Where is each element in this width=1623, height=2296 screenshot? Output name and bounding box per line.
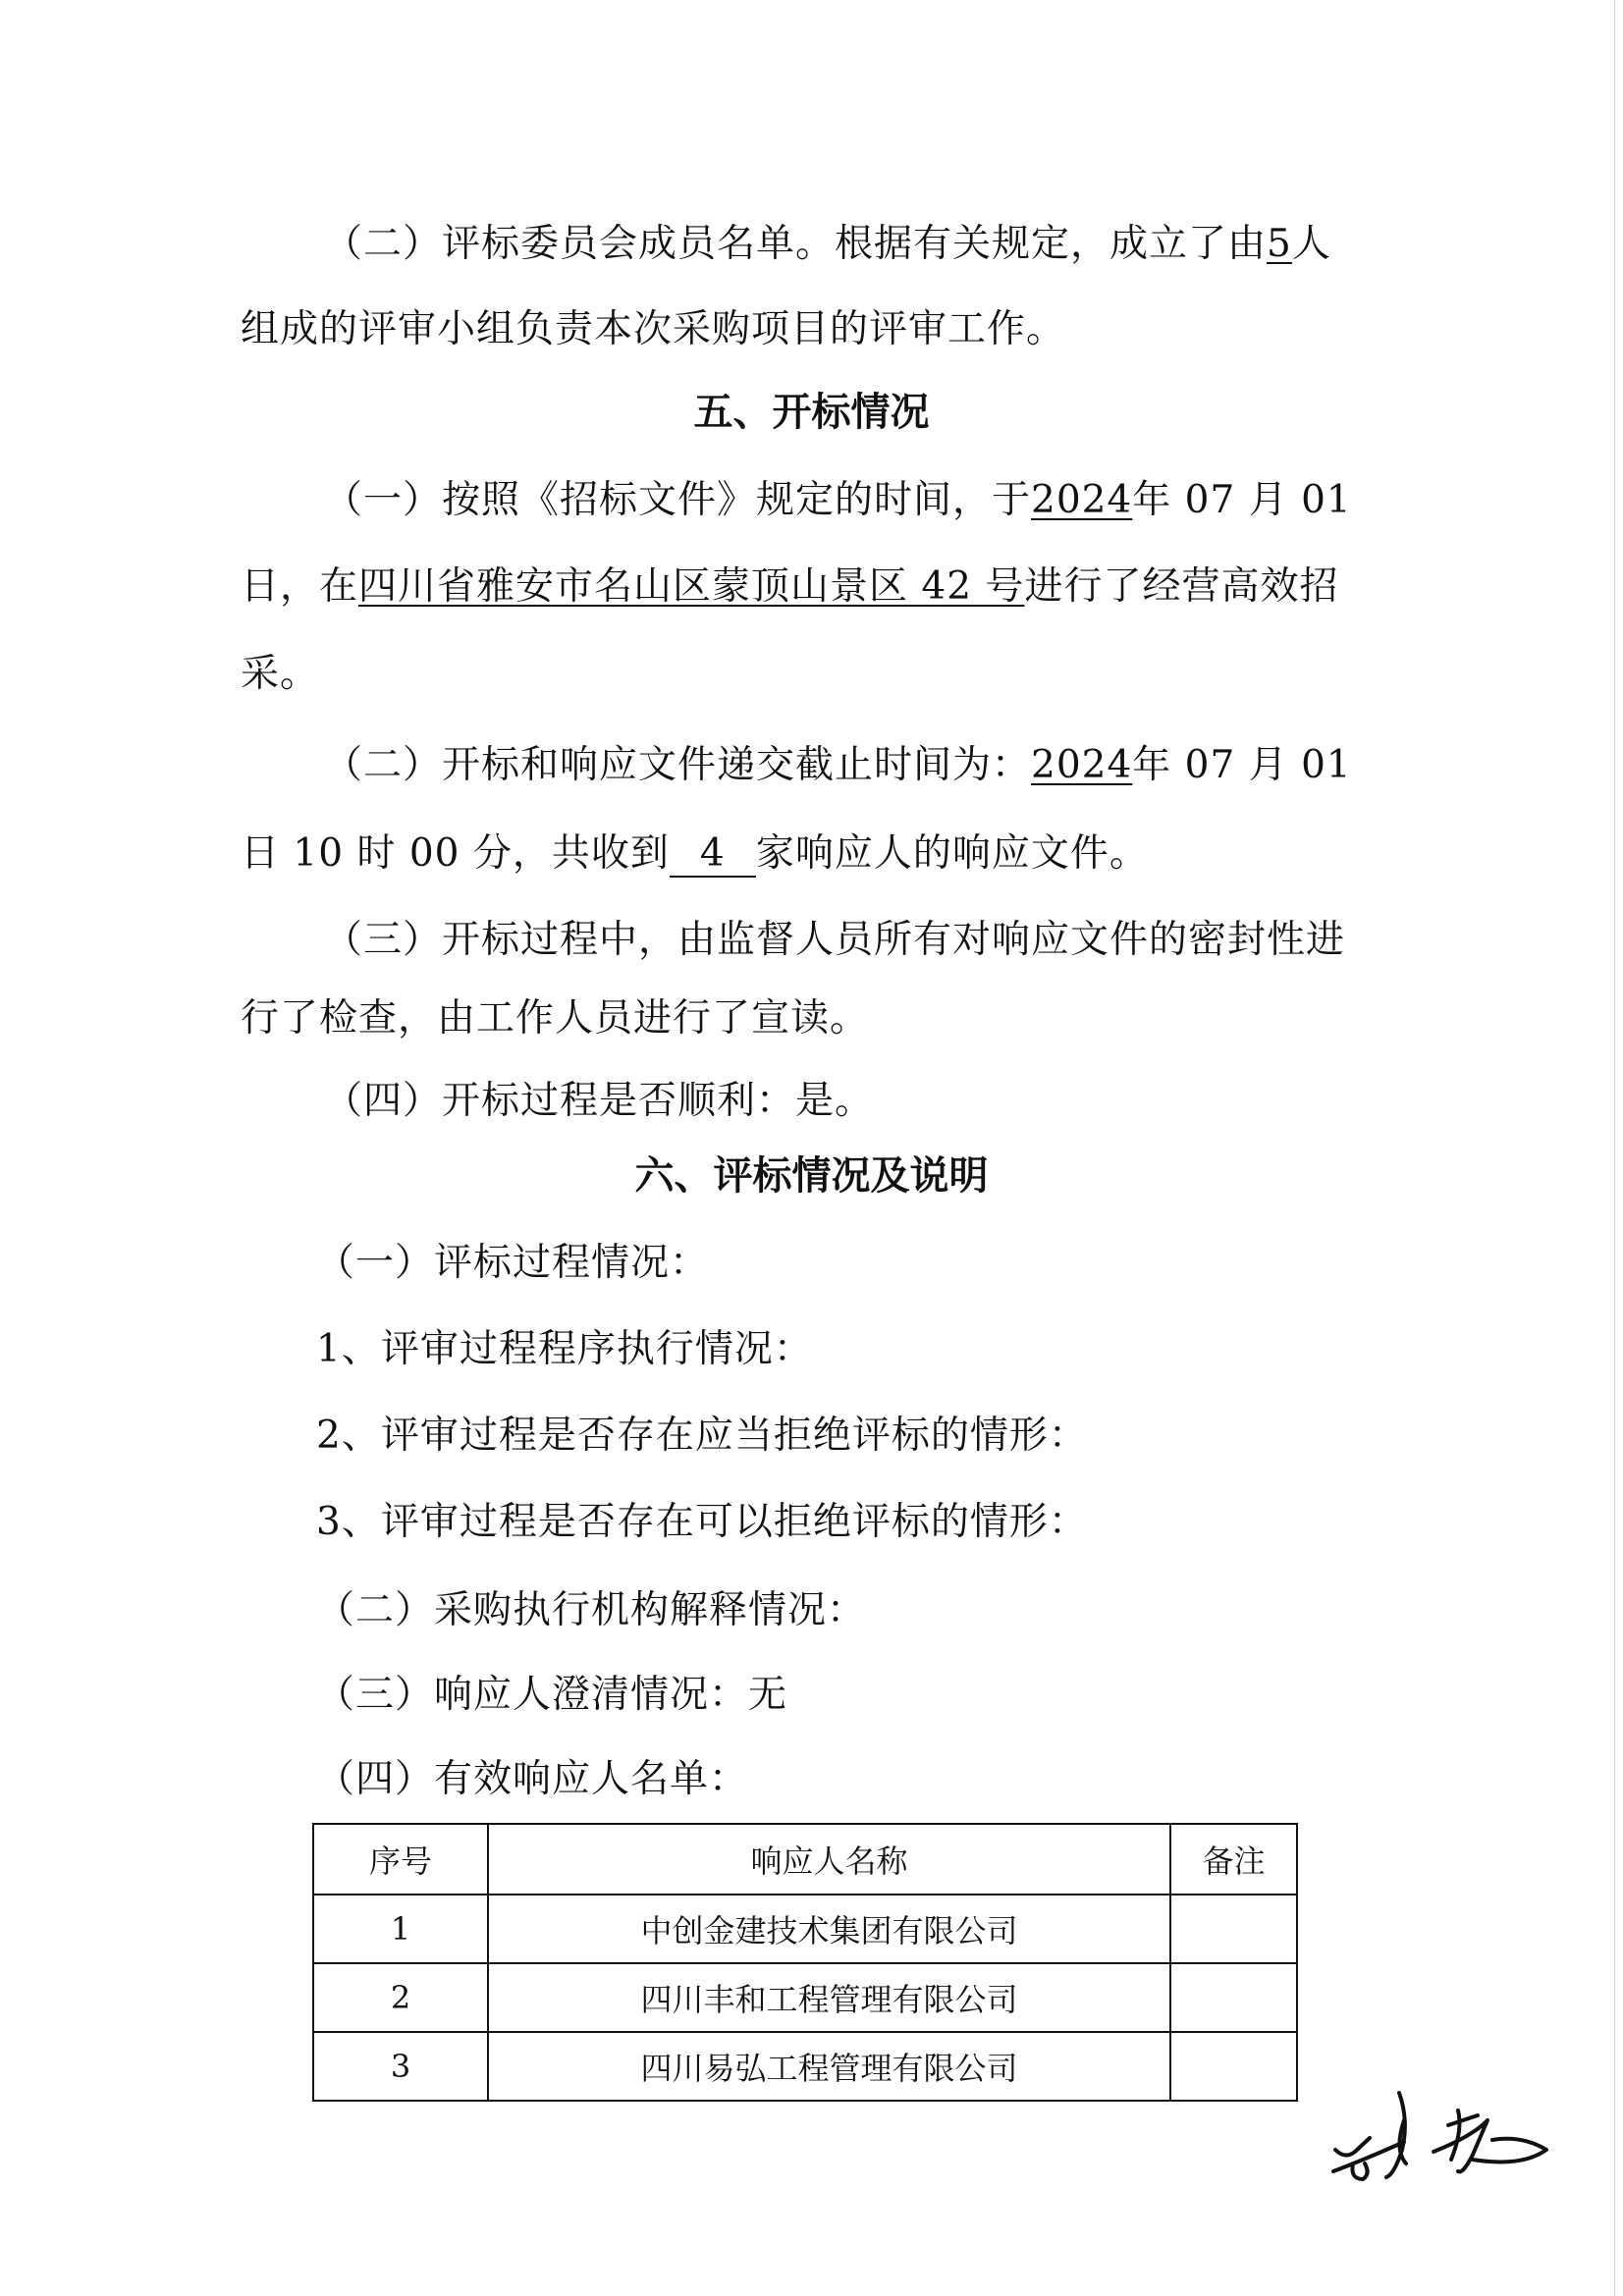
- header-name: 响应人名称: [488, 1824, 1170, 1895]
- eval-item-1: （一）评标过程情况：: [316, 1239, 709, 1288]
- opening-p1-line3: 采。: [241, 650, 319, 699]
- committee-count: 5: [1267, 222, 1292, 266]
- section-five-title: 五、开标情况: [0, 388, 1623, 437]
- opening-p1-line1: （一）按照《招标文件》规定的时间，于2024年 07 月 01: [324, 476, 1352, 525]
- row-note: [1170, 1895, 1297, 1963]
- opening-p2-line1: （二）开标和响应文件递交截止时间为：2024年 07 月 01: [324, 741, 1352, 790]
- handwritten-signature: [1325, 2081, 1561, 2189]
- row-no: 2: [313, 1963, 488, 2032]
- responder-count: 4: [670, 832, 756, 878]
- valid-responders-table: 序号 响应人名称 备注 1 中创金建技术集团有限公司 2 四川丰和工程管理有限公…: [312, 1823, 1298, 2102]
- opening-year: 2024: [1031, 478, 1132, 522]
- eval-item-2: （二）采购执行机构解释情况：: [316, 1586, 866, 1635]
- row-note: [1170, 2032, 1297, 2101]
- eval-item-1-3: 3、评审过程是否存在可以拒绝评标的情形：: [316, 1498, 1088, 1547]
- row-name: 四川易弘工程管理有限公司: [488, 2032, 1170, 2101]
- header-no: 序号: [313, 1824, 488, 1895]
- eval-item-1-1: 1、评审过程程序执行情况：: [316, 1325, 813, 1374]
- opening-p3-line2: 行了检查，由工作人员进行了宣读。: [241, 994, 869, 1043]
- committee-paragraph-line1: （二）评标委员会成员名单。根据有关规定，成立了由5人: [324, 220, 1331, 269]
- row-note: [1170, 1963, 1297, 2032]
- opening-p3-line1: （三）开标过程中，由监督人员所有对响应文件的密封性进: [324, 916, 1345, 965]
- eval-item-1-2: 2、评审过程是否存在应当拒绝评标的情形：: [316, 1412, 1088, 1461]
- table-row: 1 中创金建技术集团有限公司: [313, 1895, 1297, 1963]
- deadline-year: 2024: [1031, 743, 1132, 787]
- scan-edge-line: [1614, 0, 1615, 2296]
- opening-p2-line2: 日 10 时 00 分，共收到4家响应人的响应文件。: [241, 829, 1149, 879]
- committee-paragraph-line2: 组成的评审小组负责本次采购项目的评审工作。: [241, 305, 1065, 354]
- header-note: 备注: [1170, 1824, 1297, 1895]
- section-six-title: 六、评标情况及说明: [0, 1151, 1623, 1201]
- table-row: 3 四川易弘工程管理有限公司: [313, 2032, 1297, 2101]
- eval-item-3: （三）响应人澄清情况：无: [316, 1671, 787, 1720]
- row-name: 四川丰和工程管理有限公司: [488, 1963, 1170, 2032]
- table-header-row: 序号 响应人名称 备注: [313, 1824, 1297, 1895]
- row-no: 3: [313, 2032, 488, 2101]
- row-name: 中创金建技术集团有限公司: [488, 1895, 1170, 1963]
- opening-p4: （四）开标过程是否顺利：是。: [324, 1077, 874, 1126]
- opening-p1-line2: 日，在四川省雅安市名山区蒙顶山景区 42 号进行了经营高效招: [241, 562, 1338, 612]
- eval-item-4: （四）有效响应人名单：: [316, 1755, 748, 1804]
- table-row: 2 四川丰和工程管理有限公司: [313, 1963, 1297, 2032]
- row-no: 1: [313, 1895, 488, 1963]
- opening-location: 四川省雅安市名山区蒙顶山景区 42 号: [358, 564, 1024, 609]
